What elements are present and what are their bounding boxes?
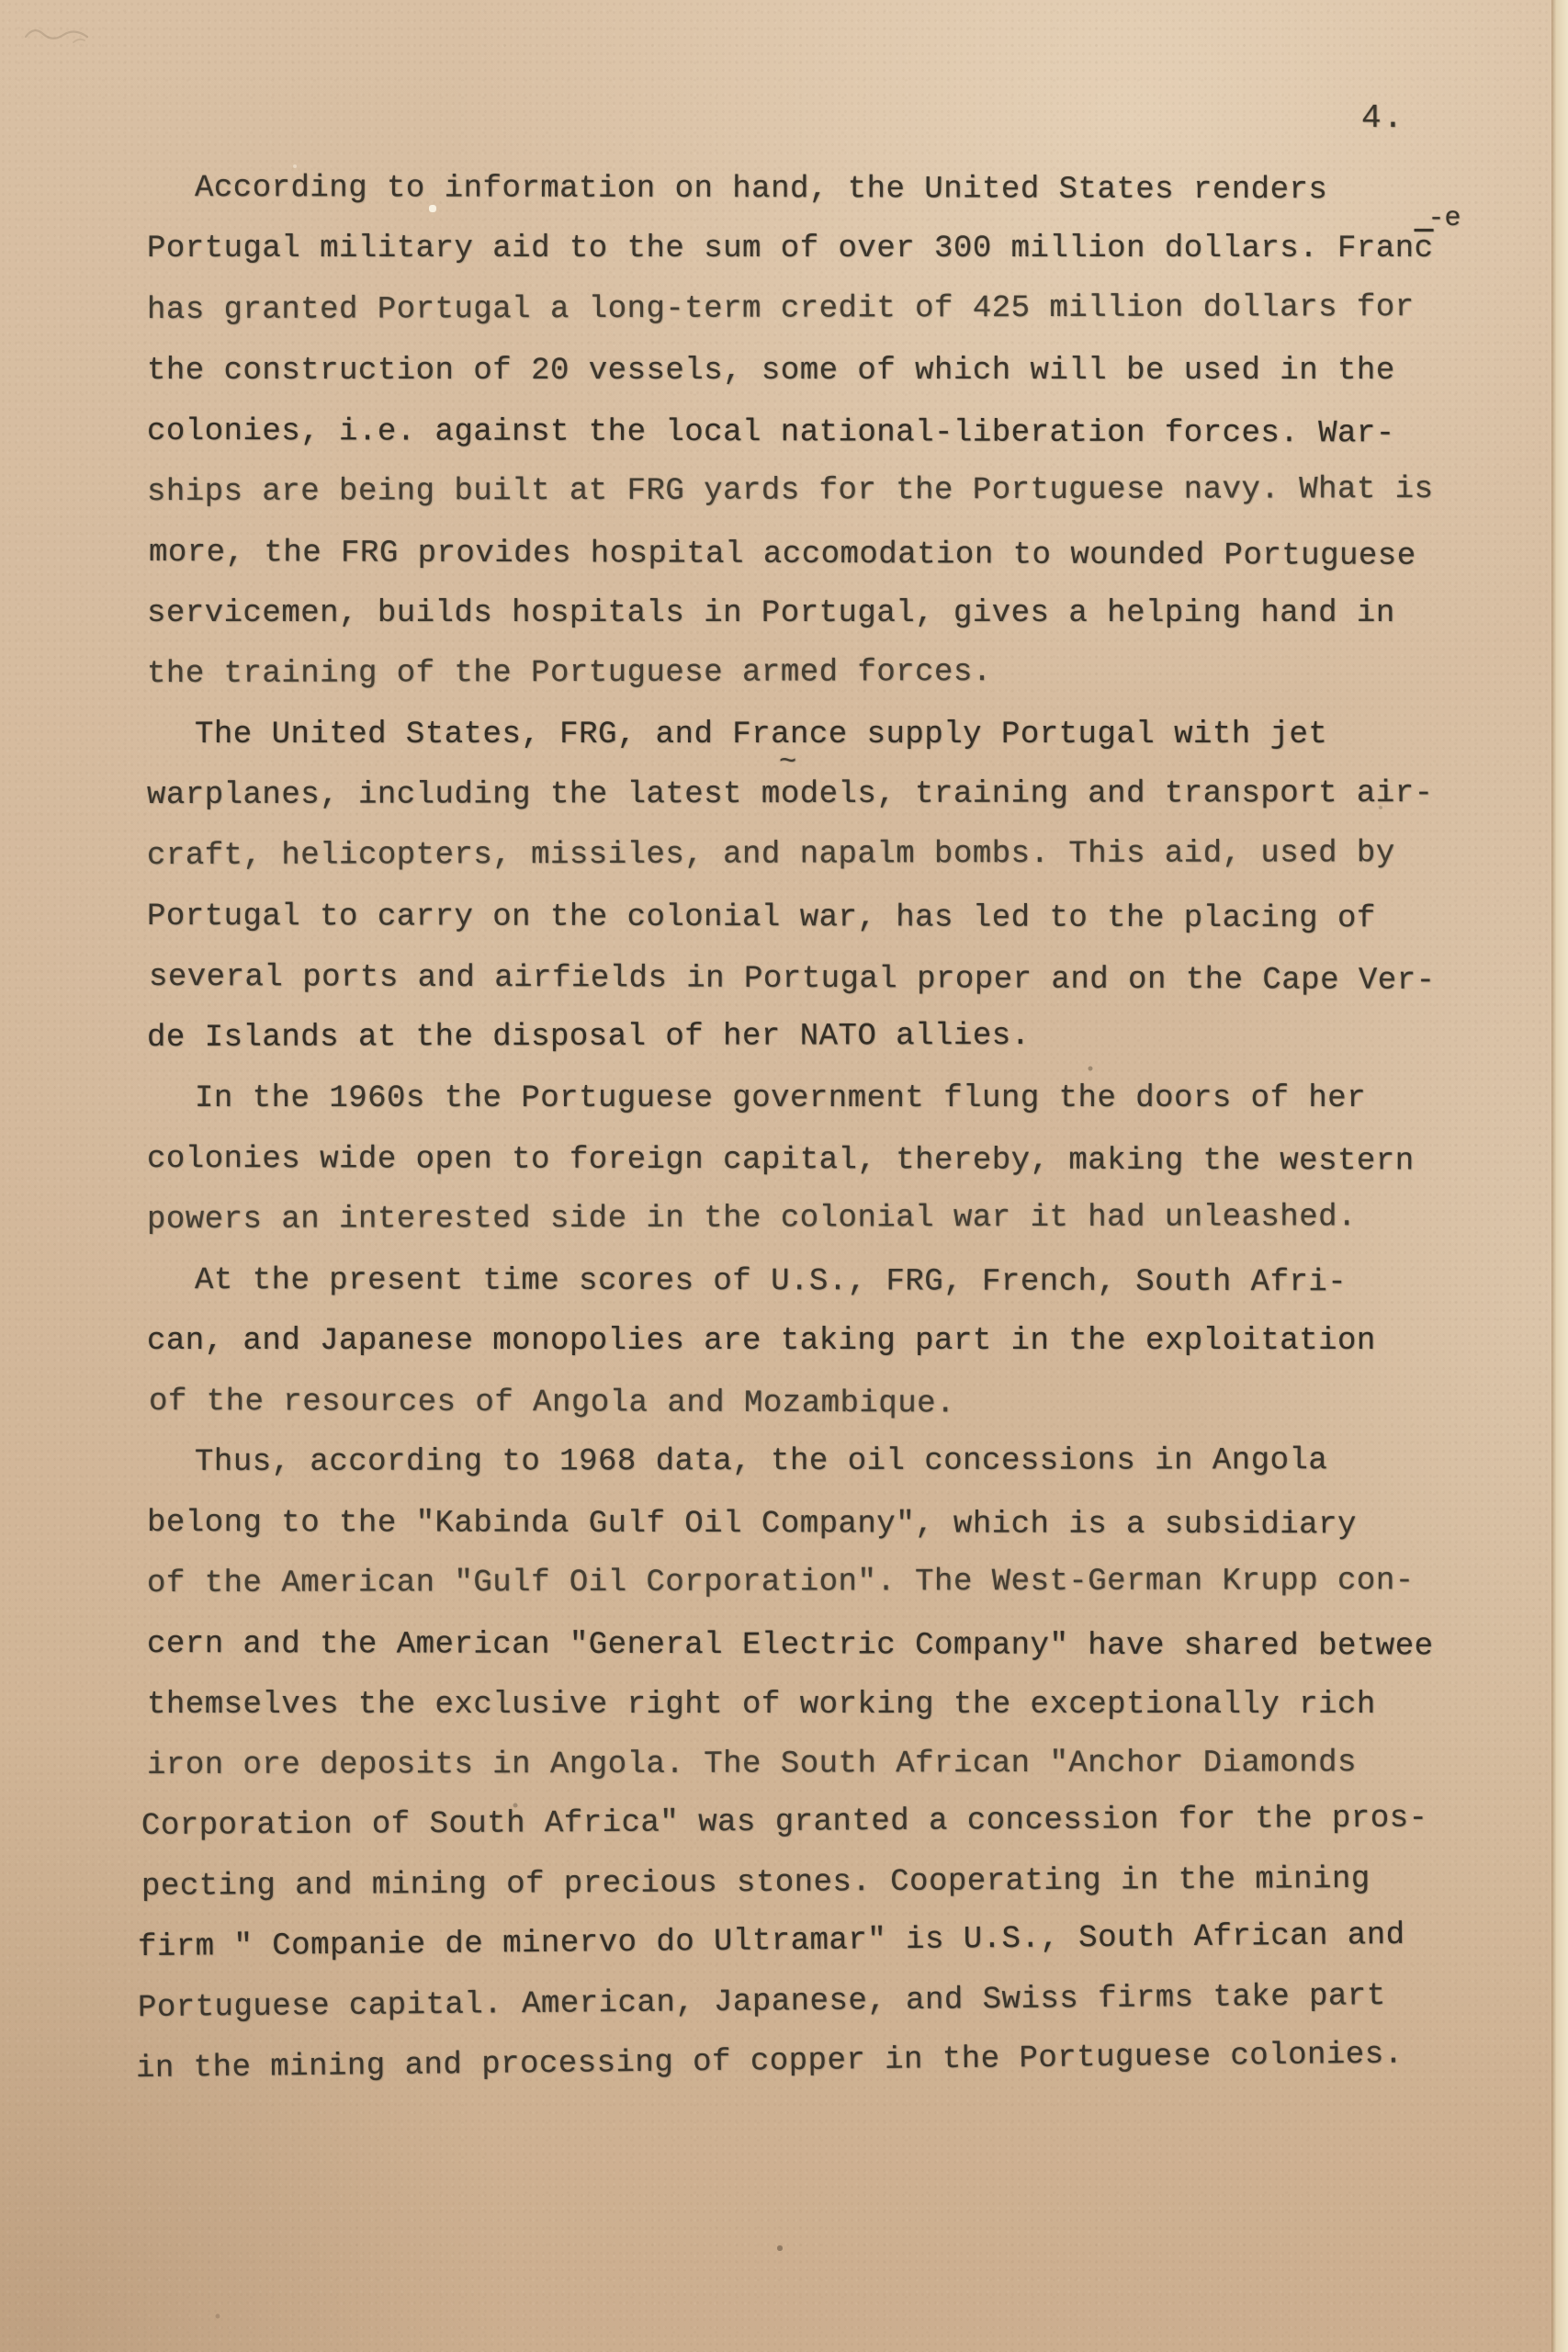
line-text: craft, helicopters, missiles, and napalm… [147,836,1395,874]
line-text: firm " Companie de minervo do Ultramar" … [138,1918,1405,1965]
document-text: According to information on hand, the Un… [147,158,1461,2099]
line-text: warplanes, including the latest models, … [147,776,1434,813]
text-line: more, the FRG provides hospital accomoda… [149,523,1462,587]
text-line: several ports and airfields in Portugal … [149,947,1462,1012]
overstruck-char: c [1415,232,1434,266]
text-line: themselves the exclusive right of workin… [147,1675,1461,1736]
text-line: of the American "Gulf Oil Corporation". … [147,1551,1461,1614]
line-text: Portugal military aid to the sum of over… [147,232,1415,266]
line-text: of the American "Gulf Oil Corporation". … [147,1564,1415,1601]
text-line: powers an interested side in the colonia… [147,1187,1461,1250]
line-text: Thus, according to 1968 data, the oil co… [195,1443,1327,1480]
line-text: pecting and mining of precious stones. C… [141,1862,1371,1905]
text-line: de Islands at the disposal of her NATO a… [147,1005,1461,1069]
scan-edge [1551,0,1568,2352]
line-text: colonies wide open to foreign capital, t… [147,1142,1415,1179]
text-line: The United States, FRG, and France suppl… [147,705,1461,765]
line-text: colonies, i.e. against the local nationa… [147,414,1395,451]
text-line: warplanes, including the latest models, … [147,763,1461,826]
line-text: can, and Japanese monopolies are taking … [147,1324,1376,1359]
text-line: has granted Portugal a long-term credit … [147,277,1461,341]
line-text: servicemen, builds hospitals in Portugal… [147,596,1395,631]
line-text: the training of the Portuguese armed for… [147,655,992,692]
line-text: of the resources of Angola and Mozambiqu… [149,1385,955,1421]
line-text: In the 1960s the Portuguese government f… [195,1081,1366,1116]
line-text: cern and the American "General Electric … [147,1627,1434,1664]
text-line: Thus, according to 1968 data, the oil co… [147,1430,1461,1493]
line-text: At the present time scores of U.S., FRG,… [195,1263,1347,1300]
text-line: iron ore deposits in Angola. The South A… [147,1733,1461,1796]
text-line: colonies wide open to foreign capital, t… [147,1129,1461,1192]
text-line: At the present time scores of U.S., FRG,… [147,1250,1461,1313]
text-line: colonies, i.e. against the local nationa… [147,401,1461,464]
text-line: Portugal to carry on the colonial war, h… [147,887,1461,949]
line-text: the construction of 20 vessels, some of … [147,354,1395,389]
text-line: of the resources of Angola and Mozambiqu… [149,1372,1462,1436]
line-text: themselves the exclusive right of workin… [147,1688,1376,1723]
line-text: powers an interested side in the colonia… [147,1200,1357,1238]
text-line: Corporation of South Africa" was granted… [141,1788,1455,1857]
line-text: belong to the "Kabinda Gulf Oil Company"… [147,1506,1357,1543]
text-line: the training of the Portuguese armed for… [147,641,1461,705]
line-text: more, the FRG provides hospital accomoda… [149,536,1416,574]
line-text: Portugal to carry on the colonial war, h… [147,899,1376,936]
line-text: iron ore deposits in Angola. The South A… [147,1746,1357,1783]
line-text: several ports and airfields in Portugal … [149,960,1436,999]
document-page: 4. According to information on hand, the… [0,0,1568,2352]
text-line: can, and Japanese monopolies are taking … [147,1311,1461,1372]
text-line: In the 1960s the Portuguese government f… [147,1069,1461,1129]
line-text: According to information on hand, the Un… [195,171,1327,208]
pencil-mark [20,15,112,55]
line-text: in the mining and processing of copper i… [136,2037,1404,2086]
line-text: de Islands at the disposal of her NATO a… [147,1019,1031,1056]
text-line: ships are being built at FRG yards for t… [147,459,1461,523]
line-text: has granted Portugal a long-term credit … [147,290,1415,328]
text-line: belong to the "Kabinda Gulf Oil Company"… [147,1493,1461,1555]
text-line: Portugal military aid to the sum of over… [147,219,1461,280]
page-number: 4. [1361,99,1404,137]
text-line: servicemen, builds hospitals in Portugal… [147,583,1461,644]
line-text: ships are being built at FRG yards for t… [147,472,1434,510]
text-line: craft, helicopters, missiles, and napalm… [147,823,1461,887]
text-line: the construction of 20 vessels, some of … [147,341,1461,401]
line-text: Corporation of South Africa" was granted… [141,1801,1428,1844]
text-line: cern and the American "General Electric … [147,1614,1461,1677]
line-text: Portuguese capital. American, Japanese, … [138,1979,1386,2026]
paper-specks [0,0,2,2]
line-text: The United States, FRG, and France suppl… [195,718,1327,752]
text-line: According to information on hand, the Un… [147,158,1461,220]
typo-correction-sup: -e [1428,203,1461,234]
